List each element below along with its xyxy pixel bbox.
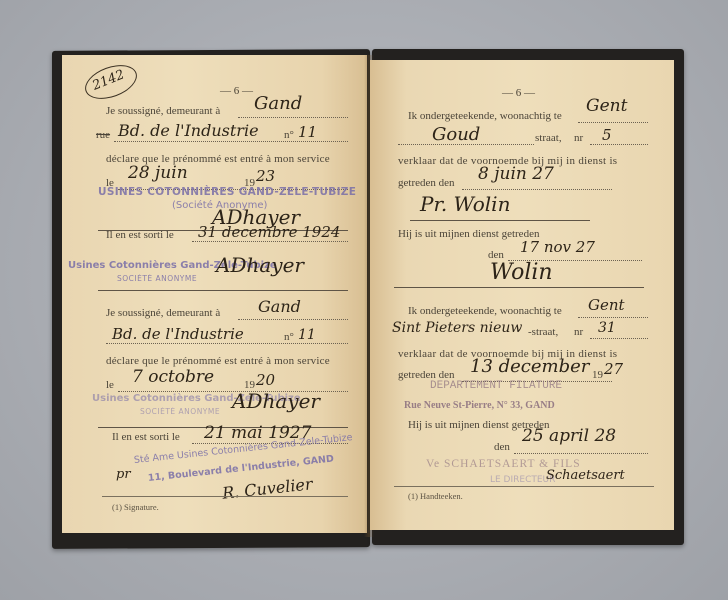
entry1-exit-label: Hij is uit mijnen dienst getreden — [398, 228, 539, 240]
entry2-number: 11 — [298, 327, 316, 343]
entry1-start-date: 8 juin 27 — [478, 164, 554, 184]
entry2-start-date: 7 octobre — [132, 367, 214, 387]
entry1-company-stamp: USINES COTONNIÈRES GAND-ZELE-TUBIZE — [98, 186, 356, 198]
entry1-exit-stamp-subtitle: SOCIÉTÉ ANONYME — [117, 274, 197, 283]
entry2-exit-signature: Schaetsaert — [546, 468, 625, 483]
entry2-department-stamp: DEPARTEMENT FILATURE — [430, 380, 562, 392]
entry2-company-stamp-subtitle: SOCIÉTÉ ANONYME — [140, 407, 220, 416]
entry1-street: Goud — [432, 124, 480, 145]
entry2-number-label: n° — [284, 331, 294, 343]
page-number: — 6 — — [220, 85, 253, 97]
entry2-resident-label: Ik ondergeteekende, woonachtig te — [408, 305, 562, 317]
entry2-year: 27 — [604, 360, 623, 378]
left-page: 2142 — 6 — Je soussigné, demeurant à Gan… — [62, 55, 367, 533]
entry2-exit-date: 25 april 28 — [522, 426, 616, 446]
entry2-start-date: 13 december — [470, 356, 589, 377]
right-page: — 6 — Ik ondergeteekende, woonachtig te … — [370, 60, 674, 530]
entry2-number: 31 — [598, 320, 616, 336]
entry1-exit-date: 17 nov 27 — [520, 238, 595, 256]
entry1-exit-label: Il en est sorti le — [106, 229, 174, 241]
entry2-exit-label: Il en est sorti le — [112, 431, 180, 443]
entry2-exit-den: den — [494, 441, 510, 453]
entry2-number-label: nr — [574, 326, 583, 338]
entry1-number: 5 — [602, 126, 612, 144]
entry2-street: Sint Pieters nieuw — [392, 320, 522, 336]
entry1-exit-date: 31 decembre 1924 — [198, 223, 340, 241]
entry2-street-suffix: -straat, — [528, 326, 558, 338]
entry1-resident-label: Ik ondergeteekende, woonachtig te — [408, 110, 562, 122]
entry1-street: Bd. de l'Industrie — [118, 121, 259, 140]
entry2-street: Bd. de l'Industrie — [112, 325, 244, 343]
entry1-number-label: nr — [574, 132, 583, 144]
entry1-start-date: 28 juin — [128, 163, 188, 183]
page-number: — 6 — — [502, 87, 535, 99]
entry2-signature: ADhayer — [232, 389, 320, 413]
entry2-date-prefix: le — [106, 379, 114, 391]
entry1-street-suffix: straat, — [535, 132, 562, 144]
entry1-signature: Pr. Wolin — [420, 192, 510, 216]
entry2-city: Gent — [588, 296, 625, 314]
entry2-department-stamp-address: Rue Neuve St-Pierre, N° 33, GAND — [404, 400, 555, 411]
footnote-handteeken: (1) Handteeken. — [408, 491, 463, 501]
entry1-resident-label: Je soussigné, demeurant à — [106, 105, 220, 117]
entry1-street-prefix: rue — [96, 129, 110, 141]
entry1-number-label: n° — [284, 129, 294, 141]
entry2-resident-label: Je soussigné, demeurant à — [106, 307, 220, 319]
entry1-date-label: getreden den — [398, 177, 455, 189]
entry2-city: Gand — [258, 297, 301, 316]
entry2-exit-stamp-prefix: pr — [116, 467, 131, 482]
entry1-city: Gent — [586, 96, 627, 116]
footnote-signature: (1) Signature. — [112, 502, 159, 512]
entry1-year: 23 — [256, 167, 275, 185]
entry2-year: 20 — [256, 371, 275, 389]
entry1-number: 11 — [298, 123, 317, 141]
entry2-exit-signature: R. Cuvelier — [221, 474, 313, 502]
entry1-exit-signature: Wolin — [490, 260, 553, 285]
entry1-city: Gand — [254, 93, 302, 114]
entry2-declaration: déclare que le prénommé est entré à mon … — [106, 355, 330, 367]
entry2-year-prefix: 19 — [592, 369, 603, 381]
entry1-exit-signature: ADhayer — [216, 253, 304, 277]
